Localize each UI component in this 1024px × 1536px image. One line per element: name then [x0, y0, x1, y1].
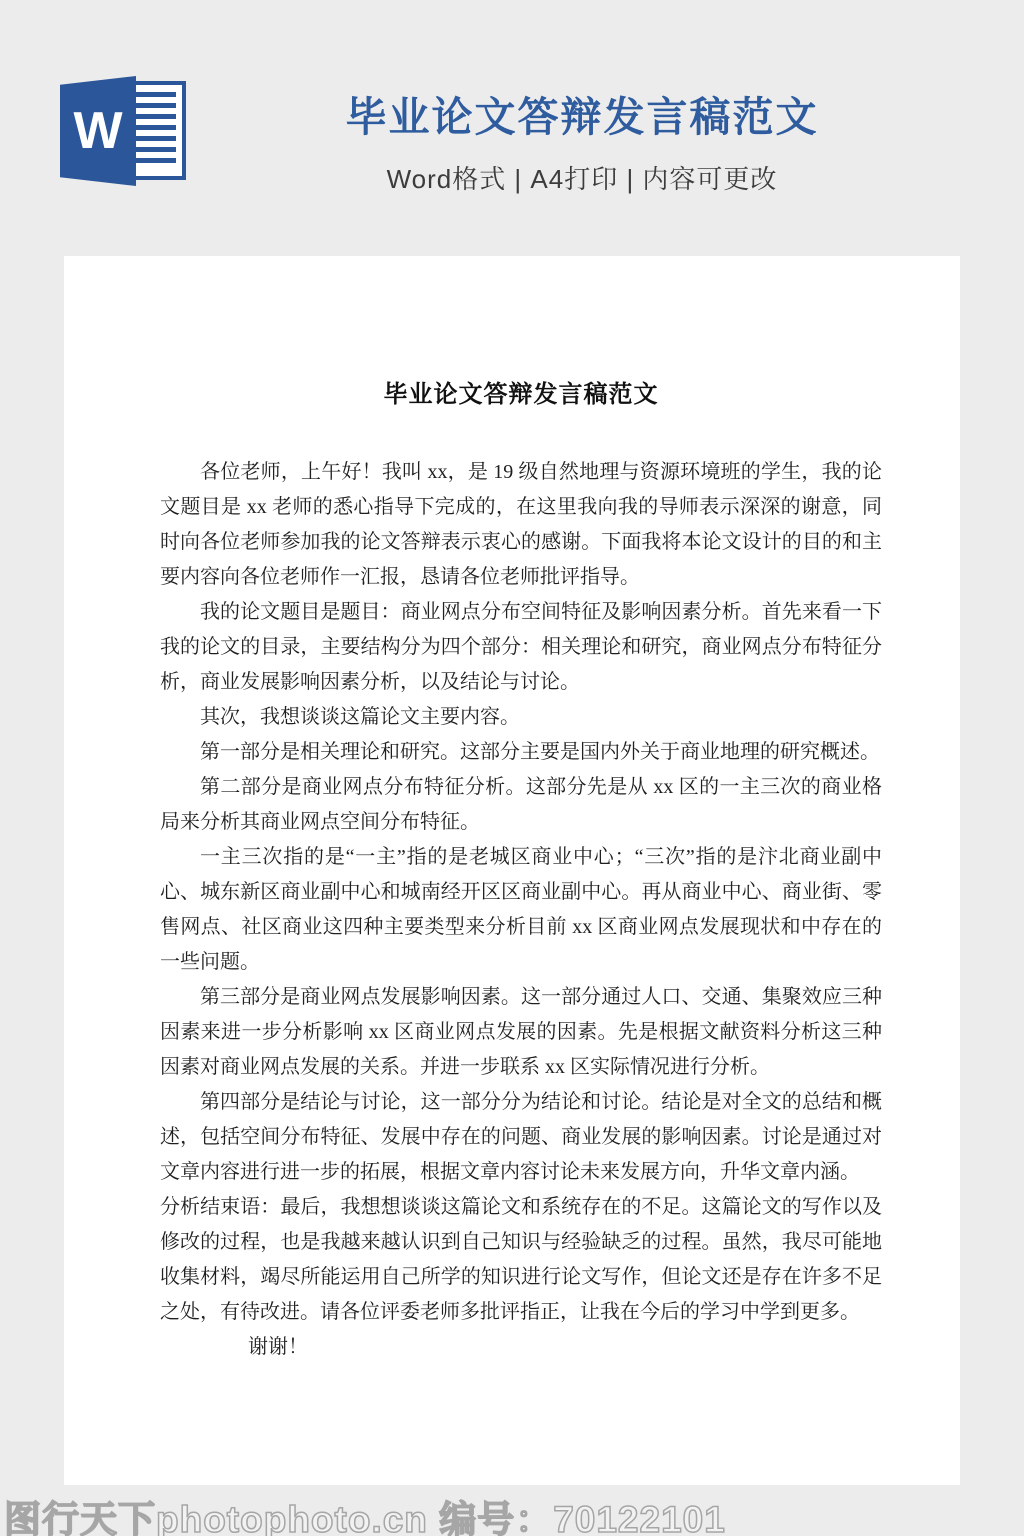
doc-paragraph: 第二部分是商业网点分布特征分析。这部分先是从 xx 区的一主三次的商业格局来分析… [160, 770, 882, 840]
word-icon-letter: W [73, 101, 122, 161]
document-body: 各位老师，上午好！我叫 xx，是 19 级自然地理与资源环境班的学生，我的论文题… [160, 455, 882, 1365]
template-title: 毕业论文答辩发言稿范文 [200, 84, 964, 143]
template-subtitle: Word格式 | A4打印 | 内容可更改 [200, 159, 964, 196]
doc-paragraph: 第一部分是相关理论和研究。这部分主要是国内外关于商业地理的研究概述。 [160, 735, 882, 770]
doc-paragraph: 第四部分是结论与讨论，这一部分分为结论和讨论。结论是对全文的总结和概述，包括空间… [160, 1085, 882, 1190]
doc-paragraph: 各位老师，上午好！我叫 xx，是 19 级自然地理与资源环境班的学生，我的论文题… [160, 455, 882, 595]
doc-paragraph: 我的论文题目是题目：商业网点分布空间特征及影响因素分析。首先来看一下我的论文的目… [160, 595, 882, 700]
word-icon: W [60, 76, 136, 186]
doc-paragraph: 分析结束语：最后，我想想谈谈这篇论文和系统存在的不足。这篇论文的写作以及修改的过… [160, 1190, 882, 1330]
document-page: 毕业论文答辩发言稿范文 各位老师，上午好！我叫 xx，是 19 级自然地理与资源… [64, 256, 960, 1485]
doc-paragraph: 其次，我想谈谈这篇论文主要内容。 [160, 700, 882, 735]
document-title: 毕业论文答辩发言稿范文 [160, 374, 882, 409]
doc-paragraph: 谢谢！ [160, 1330, 882, 1365]
word-logo: W [60, 76, 192, 186]
template-header: 毕业论文答辩发言稿范文 Word格式 | A4打印 | 内容可更改 [200, 84, 964, 196]
document-content: 毕业论文答辩发言稿范文 各位老师，上午好！我叫 xx，是 19 级自然地理与资源… [64, 256, 960, 1365]
doc-paragraph: 一主三次指的是“一主”指的是老城区商业中心；“三次”指的是汴北商业副中心、城东新… [160, 840, 882, 980]
doc-paragraph: 第三部分是商业网点发展影响因素。这一部分通过人口、交通、集聚效应三种因素来进一步… [160, 980, 882, 1085]
watermark-text: 图行天下photophoto.cn 编号：70122101 [4, 1489, 726, 1536]
